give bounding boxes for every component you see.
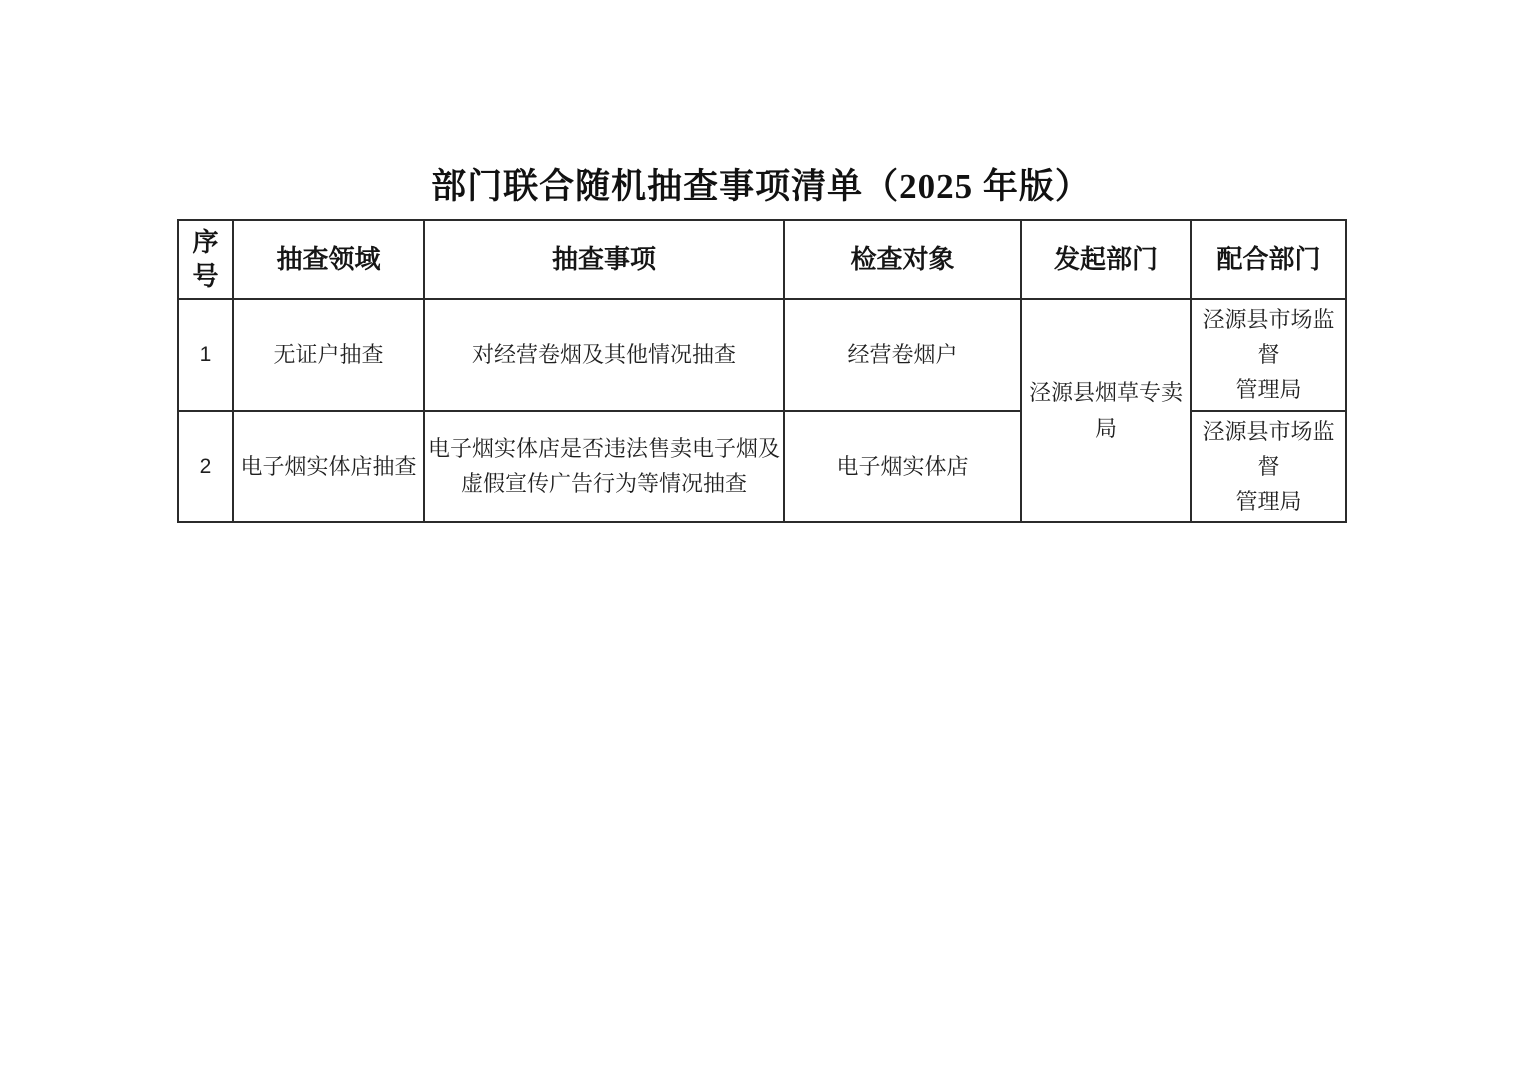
cell-inspection-item: 对经营卷烟及其他情况抽查 xyxy=(424,299,784,411)
page-title: 部门联合随机抽查事项清单（2025 年版） xyxy=(177,166,1345,208)
cell-cooperating-department: 泾源县市场监督 管理局 xyxy=(1191,411,1346,523)
header-inspection-item: 抽查事项 xyxy=(424,220,784,299)
table-row: 1 无证户抽查 对经营卷烟及其他情况抽查 经营卷烟户 泾源县烟草专卖 局 泾源县… xyxy=(178,299,1346,411)
cell-index: 1 xyxy=(178,299,233,411)
inspection-items-table: 序号 抽查领域 抽查事项 检查对象 发起部门 配合部门 1 无证户抽查 对经营卷… xyxy=(177,219,1347,523)
header-cooperating-department: 配合部门 xyxy=(1191,220,1346,299)
cell-cooperating-department: 泾源县市场监督 管理局 xyxy=(1191,299,1346,411)
cell-inspection-item: 电子烟实体店是否违法售卖电子烟及 虚假宣传广告行为等情况抽查 xyxy=(424,411,784,523)
cell-initiating-department: 泾源县烟草专卖 局 xyxy=(1021,299,1191,522)
cell-inspection-target: 电子烟实体店 xyxy=(784,411,1021,523)
cell-inspection-field: 电子烟实体店抽查 xyxy=(233,411,424,523)
table-header-row: 序号 抽查领域 抽查事项 检查对象 发起部门 配合部门 xyxy=(178,220,1346,299)
header-inspection-target: 检查对象 xyxy=(784,220,1021,299)
cell-index: 2 xyxy=(178,411,233,523)
cell-inspection-target: 经营卷烟户 xyxy=(784,299,1021,411)
header-initiating-department: 发起部门 xyxy=(1021,220,1191,299)
cell-inspection-field: 无证户抽查 xyxy=(233,299,424,411)
header-index: 序号 xyxy=(178,220,233,299)
header-inspection-field: 抽查领域 xyxy=(233,220,424,299)
